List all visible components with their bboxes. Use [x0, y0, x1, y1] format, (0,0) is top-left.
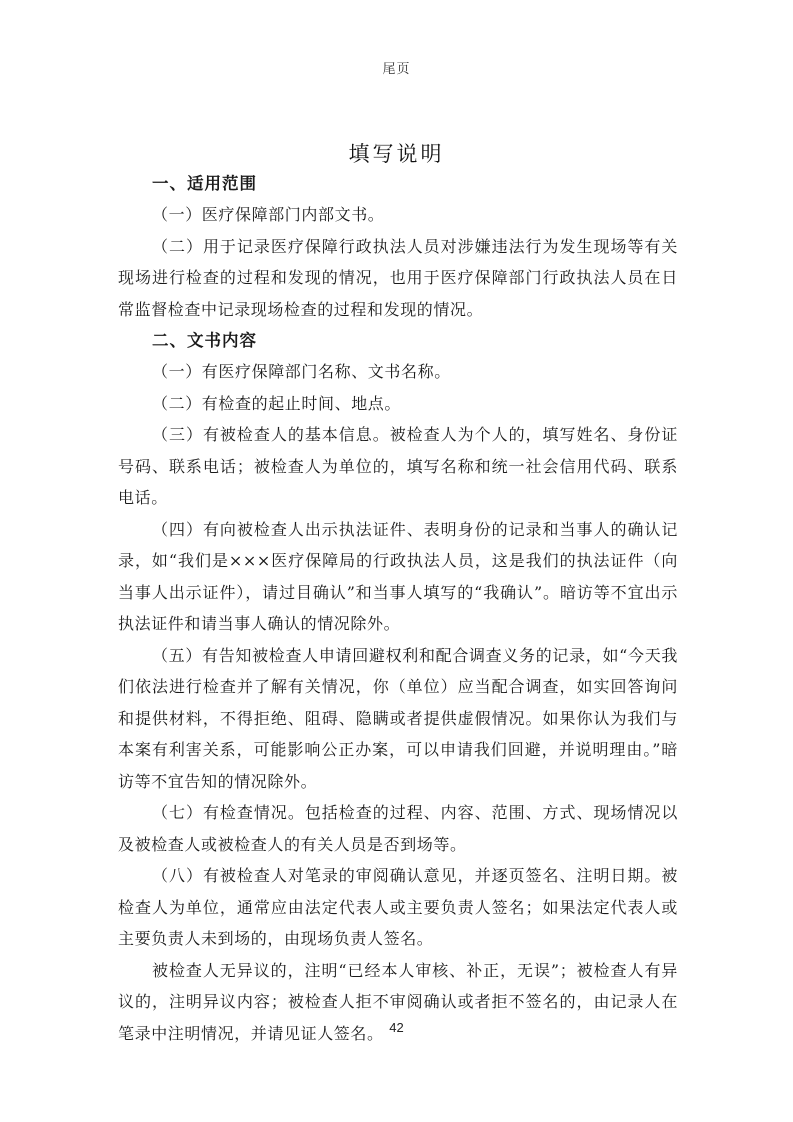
section-heading-content: 二、文书内容 [118, 325, 678, 356]
paragraph: （三）有被检查人的基本信息。被检查人为个人的，填写姓名、身份证号码、联系电话；被… [118, 419, 678, 514]
page-header: 尾页 [0, 58, 793, 77]
document-body: 一、适用范围 （一）医疗保障部门内部文书。 （二）用于记录医疗保障行政执法人员对… [118, 168, 678, 1049]
paragraph: （一）有医疗保障部门名称、文书名称。 [118, 356, 678, 388]
paragraph: （四）有向被检查人出示执法证件、表明身份的记录和当事人的确认记录，如“我们是××… [118, 514, 678, 640]
page-title: 填写说明 [0, 138, 793, 168]
paragraph: （二）有检查的起止时间、地点。 [118, 388, 678, 420]
paragraph: （七）有检查情况。包括检查的过程、内容、范围、方式、现场情况以及被检查人或被检查… [118, 797, 678, 860]
page-number: 42 [0, 1020, 793, 1035]
paragraph: （一）医疗保障部门内部文书。 [118, 199, 678, 231]
paragraph: （八）有被检查人对笔录的审阅确认意见，并逐页签名、注明日期。被检查人为单位，通常… [118, 860, 678, 955]
section-heading-scope: 一、适用范围 [118, 168, 678, 199]
paragraph: （五）有告知被检查人申请回避权利和配合调查义务的记录，如“今天我们依法进行检查并… [118, 640, 678, 798]
paragraph: （二）用于记录医疗保障行政执法人员对涉嫌违法行为发生现场等有关现场进行检查的过程… [118, 231, 678, 326]
